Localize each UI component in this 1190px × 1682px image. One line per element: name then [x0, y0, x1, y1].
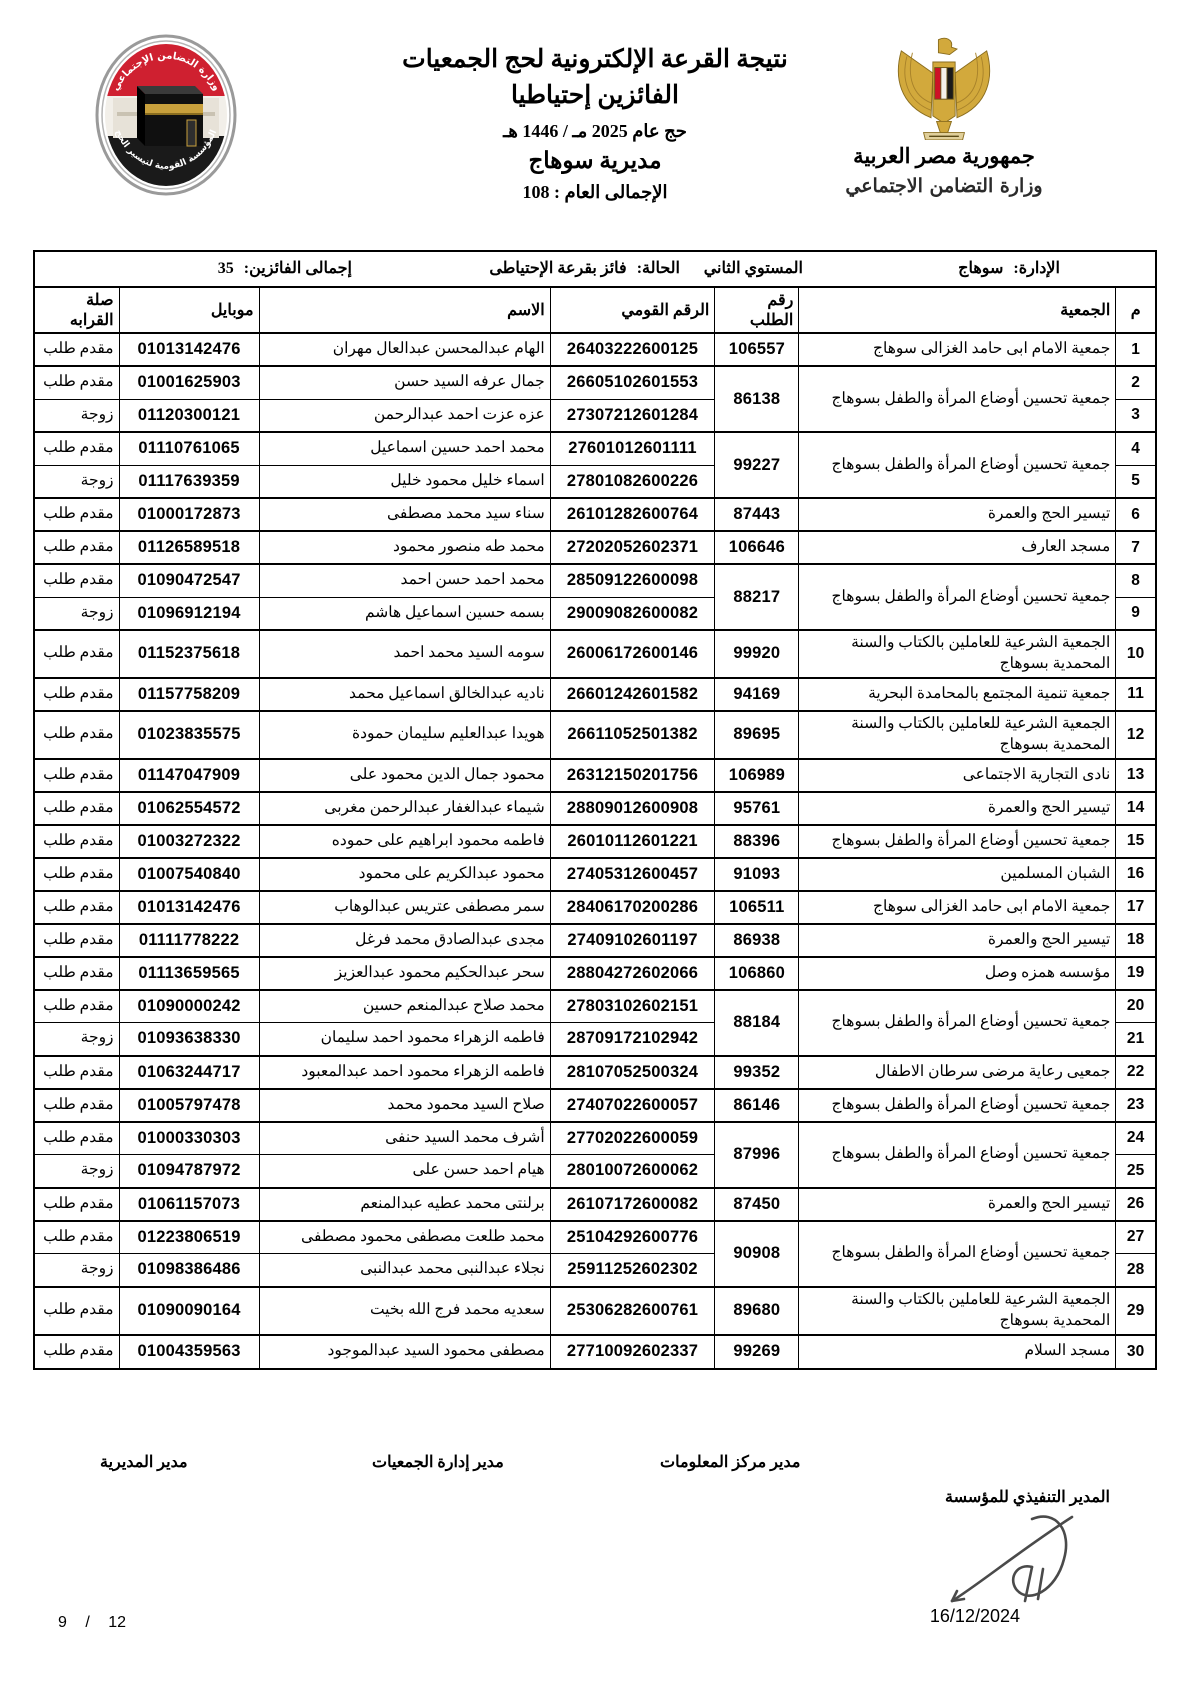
- col-header-association: الجمعية: [799, 288, 1116, 333]
- relation-cell: زوجة: [35, 1023, 119, 1056]
- association-cell: جمعية تحسين أوضاع المرأة والطفل بسوهاج: [799, 1122, 1116, 1188]
- association-cell: مؤسسه همزه وصل: [799, 957, 1116, 990]
- national-id-cell: 26312150201756: [550, 759, 715, 792]
- mobile-cell: 01110761065: [119, 432, 259, 465]
- name-cell: سناء سيد محمد مصطفى: [259, 498, 550, 531]
- table-row: 7مسجد العارف10664627202052602371محمد طه …: [35, 531, 1155, 564]
- name-cell: فاطمه الزهراء محمود احمد سليمان: [259, 1023, 550, 1056]
- name-cell: هيام احمد حسن على: [259, 1155, 550, 1188]
- relation-cell: مقدم طلب: [35, 531, 119, 564]
- row-number-cell: 14: [1116, 792, 1155, 825]
- association-cell: الجمعية الشرعية للعاملين بالكتاب والسنة …: [799, 711, 1116, 759]
- request-number-cell: 87443: [715, 498, 799, 531]
- mobile-cell: 01093638330: [119, 1023, 259, 1056]
- table-row: 18تيسير الحج والعمرة8693827409102601197م…: [35, 924, 1155, 957]
- name-cell: محمود جمال الدين محمود على: [259, 759, 550, 792]
- mobile-cell: 01023835575: [119, 711, 259, 759]
- document-date: 16/12/2024: [930, 1606, 1020, 1627]
- administration-label: الإدارة:: [1013, 260, 1060, 277]
- national-id-cell: 26101282600764: [550, 498, 715, 531]
- national-id-cell: 26006172600146: [550, 630, 715, 678]
- row-number-cell: 4: [1116, 432, 1155, 465]
- administration-value: سوهاج: [958, 260, 1003, 277]
- relation-cell: مقدم طلب: [35, 1056, 119, 1089]
- request-number-cell: 90908: [715, 1221, 799, 1287]
- name-cell: صلاح السيد محمود محمد: [259, 1089, 550, 1122]
- national-id-cell: 25306282600761: [550, 1287, 715, 1335]
- relation-cell: مقدم طلب: [35, 564, 119, 597]
- mobile-cell: 01001625903: [119, 366, 259, 399]
- relation-cell: مقدم طلب: [35, 924, 119, 957]
- title-hijri-year: حج عام 2025 مـ / 1446 هـ: [355, 121, 835, 142]
- col-header-name: الاسم: [259, 288, 550, 333]
- table-row: 16الشبان المسلمين9109327405312600457محمو…: [35, 858, 1155, 891]
- mobile-cell: 01157758209: [119, 678, 259, 711]
- name-cell: سعديه محمد فرج الله بخيت: [259, 1287, 550, 1335]
- winners-total-value: 35: [218, 260, 234, 277]
- association-cell: تيسير الحج والعمرة: [799, 924, 1116, 957]
- national-id-cell: 27702022600059: [550, 1122, 715, 1155]
- name-cell: مصطفى محمود السيد عبدالموجود: [259, 1335, 550, 1368]
- relation-cell: مقدم طلب: [35, 990, 119, 1023]
- title-line-2: الفائزين إحتياطيا: [355, 78, 835, 114]
- association-cell: تيسير الحج والعمرة: [799, 1188, 1116, 1221]
- mobile-cell: 01126589518: [119, 531, 259, 564]
- egypt-state-emblem: جمهورية مصر العربية وزارة التضامن الاجتم…: [826, 36, 1062, 197]
- request-number-cell: 94169: [715, 678, 799, 711]
- mobile-cell: 01013142476: [119, 891, 259, 924]
- national-id-cell: 25104292600776: [550, 1221, 715, 1254]
- relation-cell: مقدم طلب: [35, 333, 119, 366]
- table-header-row: م الجمعية رقم الطلب الرقم القومي الاسم م…: [35, 288, 1155, 333]
- association-cell: تيسير الحج والعمرة: [799, 498, 1116, 531]
- mobile-cell: 01090090164: [119, 1287, 259, 1335]
- row-number-cell: 27: [1116, 1221, 1155, 1254]
- table-row: 20جمعية تحسين أوضاع المرأة والطفل بسوهاج…: [35, 990, 1155, 1023]
- mobile-cell: 01120300121: [119, 399, 259, 432]
- mobile-cell: 01223806519: [119, 1221, 259, 1254]
- row-number-cell: 30: [1116, 1335, 1155, 1368]
- name-cell: الهام عبدالمحسن عبدالعال مهران: [259, 333, 550, 366]
- name-cell: شيماء عبدالغفار عبدالرحمن مغربى: [259, 792, 550, 825]
- page-total: 12: [108, 1614, 126, 1631]
- request-number-cell: 89695: [715, 711, 799, 759]
- mobile-cell: 01007540840: [119, 858, 259, 891]
- name-cell: محمد صلاح عبدالمنعم حسين: [259, 990, 550, 1023]
- signature-executive-director: المدير التنفيذي للمؤسسة: [945, 1487, 1110, 1507]
- request-number-cell: 106989: [715, 759, 799, 792]
- egypt-eagle-icon: [888, 36, 1000, 140]
- association-cell: جمعية تحسين أوضاع المرأة والطفل بسوهاج: [799, 990, 1116, 1056]
- row-number-cell: 25: [1116, 1155, 1155, 1188]
- relation-cell: مقدم طلب: [35, 891, 119, 924]
- row-number-cell: 12: [1116, 711, 1155, 759]
- signature-directorate-manager: مدير المديرية: [100, 1452, 188, 1472]
- row-number-cell: 8: [1116, 564, 1155, 597]
- association-cell: الشبان المسلمين: [799, 858, 1116, 891]
- association-cell: جمعية تحسين أوضاع المرأة والطفل بسوهاج: [799, 1089, 1116, 1122]
- request-number-cell: 88217: [715, 564, 799, 630]
- name-cell: محمود عبدالكريم على محمود: [259, 858, 550, 891]
- name-cell: بسمه حسين اسماعيل هاشم: [259, 597, 550, 630]
- mobile-cell: 01090472547: [119, 564, 259, 597]
- relation-cell: مقدم طلب: [35, 1221, 119, 1254]
- relation-cell: مقدم طلب: [35, 1287, 119, 1335]
- association-cell: نادى التجارية الاجتماعى: [799, 759, 1116, 792]
- mobile-cell: 01090000242: [119, 990, 259, 1023]
- request-number-cell: 106860: [715, 957, 799, 990]
- table-row: 27جمعية تحسين أوضاع المرأة والطفل بسوهاج…: [35, 1221, 1155, 1254]
- association-cell: جمعية الامام ابى حامد الغزالى سوهاج: [799, 333, 1116, 366]
- table-row: 19مؤسسه همزه وصل10686028804272602066سحر …: [35, 957, 1155, 990]
- national-id-cell: 27202052602371: [550, 531, 715, 564]
- row-number-cell: 11: [1116, 678, 1155, 711]
- association-cell: جمعية تحسين أوضاع المرأة والطفل بسوهاج: [799, 564, 1116, 630]
- relation-cell: مقدم طلب: [35, 759, 119, 792]
- row-number-cell: 1: [1116, 333, 1155, 366]
- col-header-index: م: [1116, 288, 1155, 333]
- status-value: فائز بقرعة الإحتياطى: [489, 260, 626, 277]
- national-id-cell: 27710092602337: [550, 1335, 715, 1368]
- row-number-cell: 9: [1116, 597, 1155, 630]
- national-id-cell: 26403222600125: [550, 333, 715, 366]
- col-header-relation: صلة القرابه: [35, 288, 119, 333]
- mobile-cell: 01013142476: [119, 333, 259, 366]
- relation-cell: مقدم طلب: [35, 432, 119, 465]
- winners-total-label: إجمالى الفائزين:: [244, 260, 352, 277]
- title-line-1: نتيجة القرعة الإلكترونية لحج الجمعيات: [355, 42, 835, 78]
- name-cell: جمال عرفه السيد حسن: [259, 366, 550, 399]
- col-header-national-id: الرقم القومي: [550, 288, 715, 333]
- row-number-cell: 18: [1116, 924, 1155, 957]
- row-number-cell: 26: [1116, 1188, 1155, 1221]
- name-cell: مجدى عبدالصادق محمد فرغل: [259, 924, 550, 957]
- title-grand-total: الإجمالى العام : 108: [355, 182, 835, 203]
- relation-cell: مقدم طلب: [35, 498, 119, 531]
- association-cell: جمعية تحسين أوضاع المرأة والطفل بسوهاج: [799, 366, 1116, 432]
- relation-cell: مقدم طلب: [35, 1122, 119, 1155]
- row-number-cell: 20: [1116, 990, 1155, 1023]
- table-row: 1جمعية الامام ابى حامد الغزالى سوهاج1065…: [35, 333, 1155, 366]
- results-table: م الجمعية رقم الطلب الرقم القومي الاسم م…: [35, 288, 1155, 1368]
- name-cell: سمر مصطفى عتريس عبدالوهاب: [259, 891, 550, 924]
- row-number-cell: 13: [1116, 759, 1155, 792]
- results-table-wrap: الإدارة:سوهاج المستوي الثاني الحالة:فائز…: [33, 250, 1157, 1370]
- results-table-body: 1جمعية الامام ابى حامد الغزالى سوهاج1065…: [35, 333, 1155, 1368]
- request-number-cell: 88396: [715, 825, 799, 858]
- request-number-cell: 86146: [715, 1089, 799, 1122]
- table-row: 6تيسير الحج والعمرة8744326101282600764سن…: [35, 498, 1155, 531]
- row-number-cell: 22: [1116, 1056, 1155, 1089]
- status-field: الحالة:فائز بقرعة الإحتياطى: [489, 252, 680, 286]
- row-number-cell: 10: [1116, 630, 1155, 678]
- national-id-cell: 26611052501382: [550, 711, 715, 759]
- relation-cell: مقدم طلب: [35, 858, 119, 891]
- row-number-cell: 21: [1116, 1023, 1155, 1056]
- national-id-cell: 28406170200286: [550, 891, 715, 924]
- request-number-cell: 86138: [715, 366, 799, 432]
- name-cell: نجلاء عبدالنبى محمد عبدالنبى: [259, 1254, 550, 1287]
- table-row: 15جمعية تحسين أوضاع المرأة والطفل بسوهاج…: [35, 825, 1155, 858]
- name-cell: اسماء خليل محمود خليل: [259, 465, 550, 498]
- mobile-cell: 01111778222: [119, 924, 259, 957]
- mobile-cell: 01152375618: [119, 630, 259, 678]
- table-row: 24جمعية تحسين أوضاع المرأة والطفل بسوهاج…: [35, 1122, 1155, 1155]
- association-cell: مسجد العارف: [799, 531, 1116, 564]
- mobile-cell: 01096912194: [119, 597, 259, 630]
- name-cell: برلنتى محمد عطيه عبدالمنعم: [259, 1188, 550, 1221]
- row-number-cell: 24: [1116, 1122, 1155, 1155]
- row-number-cell: 17: [1116, 891, 1155, 924]
- row-number-cell: 19: [1116, 957, 1155, 990]
- mobile-cell: 01147047909: [119, 759, 259, 792]
- winners-total-field: إجمالى الفائزين:35: [218, 252, 352, 286]
- relation-cell: زوجة: [35, 1254, 119, 1287]
- association-cell: الجمعية الشرعية للعاملين بالكتاب والسنة …: [799, 1287, 1116, 1335]
- row-number-cell: 15: [1116, 825, 1155, 858]
- signature-info-center-manager: مدير مركز المعلومات: [660, 1452, 800, 1472]
- name-cell: ناديه عبدالخالق اسماعيل محمد: [259, 678, 550, 711]
- national-id-cell: 27601012601111: [550, 432, 715, 465]
- request-number-cell: 106646: [715, 531, 799, 564]
- document-title: نتيجة القرعة الإلكترونية لحج الجمعيات ال…: [355, 42, 835, 203]
- relation-cell: زوجة: [35, 399, 119, 432]
- table-row: 12الجمعية الشرعية للعاملين بالكتاب والسن…: [35, 711, 1155, 759]
- ministry-name: وزارة التضامن الاجتماعي: [826, 175, 1062, 197]
- national-id-cell: 28107052500324: [550, 1056, 715, 1089]
- national-id-cell: 28804272602066: [550, 957, 715, 990]
- mobile-cell: 01000172873: [119, 498, 259, 531]
- table-row: 2جمعية تحسين أوضاع المرأة والطفل بسوهاج8…: [35, 366, 1155, 399]
- table-row: 11جمعية تنمية المجتمع بالمحامدة البحرية9…: [35, 678, 1155, 711]
- name-cell: محمد احمد حسين اسماعيل: [259, 432, 550, 465]
- national-id-cell: 27409102601197: [550, 924, 715, 957]
- mobile-cell: 01004359563: [119, 1335, 259, 1368]
- administration-field: الإدارة:سوهاج: [958, 252, 1060, 286]
- page-number: 9 / 12: [58, 1614, 140, 1632]
- name-cell: محمد طه منصور محمود: [259, 531, 550, 564]
- status-label: الحالة:: [637, 260, 680, 277]
- table-row: 22جمعيى رعاية مرضى سرطان الاطفال99352281…: [35, 1056, 1155, 1089]
- relation-cell: زوجة: [35, 597, 119, 630]
- country-name: جمهورية مصر العربية: [826, 144, 1062, 169]
- national-id-cell: 27405312600457: [550, 858, 715, 891]
- association-cell: تيسير الحج والعمرة: [799, 792, 1116, 825]
- title-directorate: مديرية سوهاج: [355, 148, 835, 174]
- request-number-cell: 99352: [715, 1056, 799, 1089]
- name-cell: محمد طلعت مصطفى محمود مصطفى: [259, 1221, 550, 1254]
- row-number-cell: 2: [1116, 366, 1155, 399]
- national-id-cell: 26010112601221: [550, 825, 715, 858]
- request-number-cell: 89680: [715, 1287, 799, 1335]
- national-id-cell: 25911252602302: [550, 1254, 715, 1287]
- relation-cell: مقدم طلب: [35, 1335, 119, 1368]
- row-number-cell: 16: [1116, 858, 1155, 891]
- name-cell: سومه السيد محمد احمد: [259, 630, 550, 678]
- handwritten-signature: [940, 1505, 1090, 1615]
- request-number-cell: 88184: [715, 990, 799, 1056]
- relation-cell: مقدم طلب: [35, 1089, 119, 1122]
- mobile-cell: 01113659565: [119, 957, 259, 990]
- row-number-cell: 28: [1116, 1254, 1155, 1287]
- request-number-cell: 87996: [715, 1122, 799, 1188]
- national-id-cell: 28010072600062: [550, 1155, 715, 1188]
- association-cell: جمعية الامام ابى حامد الغزالى سوهاج: [799, 891, 1116, 924]
- row-number-cell: 3: [1116, 399, 1155, 432]
- national-id-cell: 27801082600226: [550, 465, 715, 498]
- request-number-cell: 99269: [715, 1335, 799, 1368]
- hajj-foundation-emblem: وزارة التضامن الإجتماعي المؤسسة القومية …: [95, 34, 237, 196]
- row-number-cell: 5: [1116, 465, 1155, 498]
- name-cell: أشرف محمد السيد حنفى: [259, 1122, 550, 1155]
- signature-associations-manager: مدير إدارة الجمعيات: [372, 1452, 504, 1472]
- name-cell: فاطمه محمود ابراهيم على حموده: [259, 825, 550, 858]
- page-separator: /: [85, 1614, 89, 1631]
- association-cell: جمعيى رعاية مرضى سرطان الاطفال: [799, 1056, 1116, 1089]
- mobile-cell: 01098386486: [119, 1254, 259, 1287]
- relation-cell: مقدم طلب: [35, 1188, 119, 1221]
- national-id-cell: 28809012600908: [550, 792, 715, 825]
- national-id-cell: 27407022600057: [550, 1089, 715, 1122]
- table-row: 4جمعية تحسين أوضاع المرأة والطفل بسوهاج9…: [35, 432, 1155, 465]
- table-row: 29الجمعية الشرعية للعاملين بالكتاب والسن…: [35, 1287, 1155, 1335]
- national-id-cell: 28509122600098: [550, 564, 715, 597]
- request-number-cell: 91093: [715, 858, 799, 891]
- table-row: 30مسجد السلام9926927710092602337مصطفى مح…: [35, 1335, 1155, 1368]
- association-cell: مسجد السلام: [799, 1335, 1116, 1368]
- national-id-cell: 27307212601284: [550, 399, 715, 432]
- request-number-cell: 99227: [715, 432, 799, 498]
- table-row: 10الجمعية الشرعية للعاملين بالكتاب والسن…: [35, 630, 1155, 678]
- national-id-cell: 29009082600082: [550, 597, 715, 630]
- name-cell: عزه عزت احمد عبدالرحمن: [259, 399, 550, 432]
- relation-cell: زوجة: [35, 1155, 119, 1188]
- national-id-cell: 28709172102942: [550, 1023, 715, 1056]
- table-row: 23جمعية تحسين أوضاع المرأة والطفل بسوهاج…: [35, 1089, 1155, 1122]
- request-number-cell: 86938: [715, 924, 799, 957]
- request-number-cell: 99920: [715, 630, 799, 678]
- relation-cell: مقدم طلب: [35, 957, 119, 990]
- table-row: 26تيسير الحج والعمرة8745026107172600082ب…: [35, 1188, 1155, 1221]
- relation-cell: زوجة: [35, 465, 119, 498]
- request-number-cell: 95761: [715, 792, 799, 825]
- relation-cell: مقدم طلب: [35, 711, 119, 759]
- kaaba-logo-icon: وزارة التضامن الإجتماعي المؤسسة القومية …: [95, 34, 237, 196]
- level-field: المستوي الثاني: [704, 252, 803, 286]
- name-cell: سحر عبدالحكيم محمود عبدالعزيز: [259, 957, 550, 990]
- table-row: 14تيسير الحج والعمرة9576128809012600908ش…: [35, 792, 1155, 825]
- relation-cell: مقدم طلب: [35, 630, 119, 678]
- mobile-cell: 01005797478: [119, 1089, 259, 1122]
- request-number-cell: 106511: [715, 891, 799, 924]
- row-number-cell: 23: [1116, 1089, 1155, 1122]
- request-number-cell: 87450: [715, 1188, 799, 1221]
- association-cell: جمعية تحسين أوضاع المرأة والطفل بسوهاج: [799, 432, 1116, 498]
- relation-cell: مقدم طلب: [35, 678, 119, 711]
- mobile-cell: 01062554572: [119, 792, 259, 825]
- row-number-cell: 29: [1116, 1287, 1155, 1335]
- mobile-cell: 01003272322: [119, 825, 259, 858]
- row-number-cell: 6: [1116, 498, 1155, 531]
- name-cell: محمد احمد حسن احمد: [259, 564, 550, 597]
- row-number-cell: 7: [1116, 531, 1155, 564]
- col-header-mobile: موبايل: [119, 288, 259, 333]
- table-row: 13نادى التجارية الاجتماعى106989263121502…: [35, 759, 1155, 792]
- association-cell: جمعية تحسين أوضاع المرأة والطفل بسوهاج: [799, 1221, 1116, 1287]
- national-id-cell: 26605102601553: [550, 366, 715, 399]
- national-id-cell: 26107172600082: [550, 1188, 715, 1221]
- info-bar: الإدارة:سوهاج المستوي الثاني الحالة:فائز…: [35, 252, 1155, 288]
- national-id-cell: 27803102602151: [550, 990, 715, 1023]
- relation-cell: مقدم طلب: [35, 366, 119, 399]
- mobile-cell: 01061157073: [119, 1188, 259, 1221]
- table-row: 17جمعية الامام ابى حامد الغزالى سوهاج106…: [35, 891, 1155, 924]
- association-cell: جمعية تحسين أوضاع المرأة والطفل بسوهاج: [799, 825, 1116, 858]
- relation-cell: مقدم طلب: [35, 792, 119, 825]
- mobile-cell: 01117639359: [119, 465, 259, 498]
- document-page: وزارة التضامن الإجتماعي المؤسسة القومية …: [0, 0, 1190, 1682]
- association-cell: جمعية تنمية المجتمع بالمحامدة البحرية: [799, 678, 1116, 711]
- mobile-cell: 01063244717: [119, 1056, 259, 1089]
- page-current: 9: [58, 1614, 67, 1631]
- relation-cell: مقدم طلب: [35, 825, 119, 858]
- mobile-cell: 01000330303: [119, 1122, 259, 1155]
- mobile-cell: 01094787972: [119, 1155, 259, 1188]
- name-cell: فاطمه الزهراء محمود احمد عبدالمعبود: [259, 1056, 550, 1089]
- association-cell: الجمعية الشرعية للعاملين بالكتاب والسنة …: [799, 630, 1116, 678]
- name-cell: هويدا عبدالعليم سليمان حمودة: [259, 711, 550, 759]
- table-row: 8جمعية تحسين أوضاع المرأة والطفل بسوهاج8…: [35, 564, 1155, 597]
- national-id-cell: 26601242601582: [550, 678, 715, 711]
- col-header-request-number: رقم الطلب: [715, 288, 799, 333]
- request-number-cell: 106557: [715, 333, 799, 366]
